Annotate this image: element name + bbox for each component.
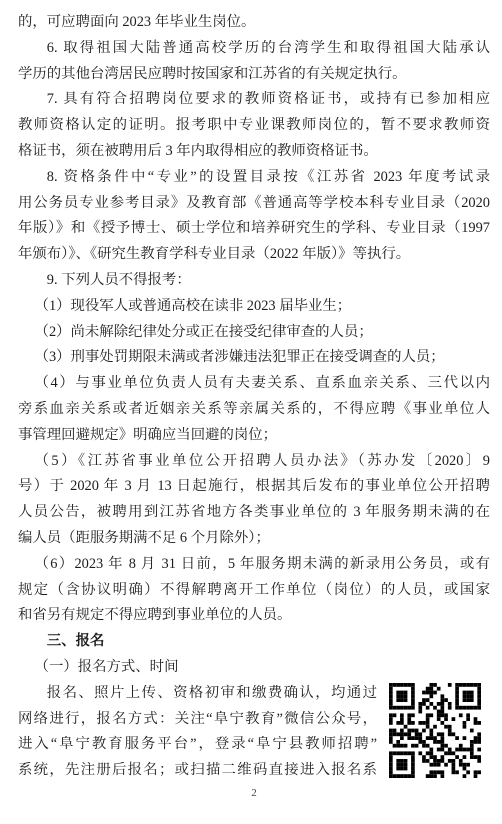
text-line: 规定（含协议明确）不得解聘离开工作单位（岗位）的人员，或国家: [18, 578, 490, 604]
text-line: 6. 取得祖国大陆普通高校学历的台湾学生和取得祖国大陆承认: [18, 36, 490, 62]
text-line: （4）与事业单位负责人员有夫妻关系、直系血亲关系、三代以内: [18, 371, 490, 397]
text-line: 旁系血亲关系或者近姻亲关系等亲属关系的，不得应聘《事业单位人: [18, 397, 490, 423]
text-line: 号）于 2020 年 3 月 13 日起施行，根据其后发布的事业单位公开招聘: [18, 474, 490, 500]
text-line: 三、报名: [18, 629, 490, 655]
text-line: 和省另有规定不得应聘到事业单位的人员。: [18, 603, 490, 629]
text-line: 年颁布）》、《研究生教育学科专业目录（2022 年版）》等执行。: [18, 242, 490, 268]
text-line: （1）现役军人或普通高校在读非 2023 届毕业生；: [18, 294, 490, 320]
text-line: 用公务员专业参考目录》及教育部《普通高等学校本科专业目录（2020: [18, 191, 490, 217]
text-line: 7. 具有符合招聘岗位要求的教师资格证书，或持有已参加相应: [18, 87, 490, 113]
registration-qr-code: [389, 683, 481, 778]
document-text: 的，可应聘面向 2023 年毕业生岗位。6. 取得祖国大陆普通高校学历的台湾学生…: [18, 10, 490, 784]
text-line: 8. 资格条件中“专业”的设置目录按《江苏省 2023 年度考试录: [18, 165, 490, 191]
text-line: 人员公告，被聘用到江苏省地方各类事业单位的 3 年服务期未满的在: [18, 500, 490, 526]
text-line: 格证书，须在被聘用后 3 年内取得相应的教师资格证书。: [18, 139, 490, 165]
text-line: 9. 下列人员不得报考：: [18, 268, 490, 294]
document-page: 的，可应聘面向 2023 年毕业生岗位。6. 取得祖国大陆普通高校学历的台湾学生…: [0, 0, 502, 801]
text-line: 年版）》和《授予博士、硕士学位和培养研究生的学科、专业目录（1997: [18, 216, 490, 242]
text-line: （2）尚未解除纪律处分或正在接受纪律审查的人员；: [18, 320, 490, 346]
text-line: （6）2023 年 8 月 31 日前，5 年服务期未满的新录用公务员，或有: [18, 552, 490, 578]
text-line: 学历的其他台湾居民应聘时按国家和江苏省的有关规定执行。: [18, 62, 490, 88]
text-line: （3）刑事处罚期限未满或者涉嫌违法犯罪正在接受调查的人员；: [18, 345, 490, 371]
text-line: （一）报名方式、时间: [18, 655, 490, 681]
text-line: （5）《江苏省事业单位公开招聘人员办法》（苏办发〔2020〕9: [18, 449, 490, 475]
page-number: 2: [18, 786, 490, 801]
text-line: 教师资格认定的证明。报考职中专业课教师岗位的，暂不要求教师资: [18, 113, 490, 139]
text-line: 的，可应聘面向 2023 年毕业生岗位。: [18, 10, 490, 36]
text-line: 编人员（距服务期满不足 6 个月除外）；: [18, 526, 490, 552]
text-line: 事管理回避规定》明确应当回避的岗位；: [18, 423, 490, 449]
